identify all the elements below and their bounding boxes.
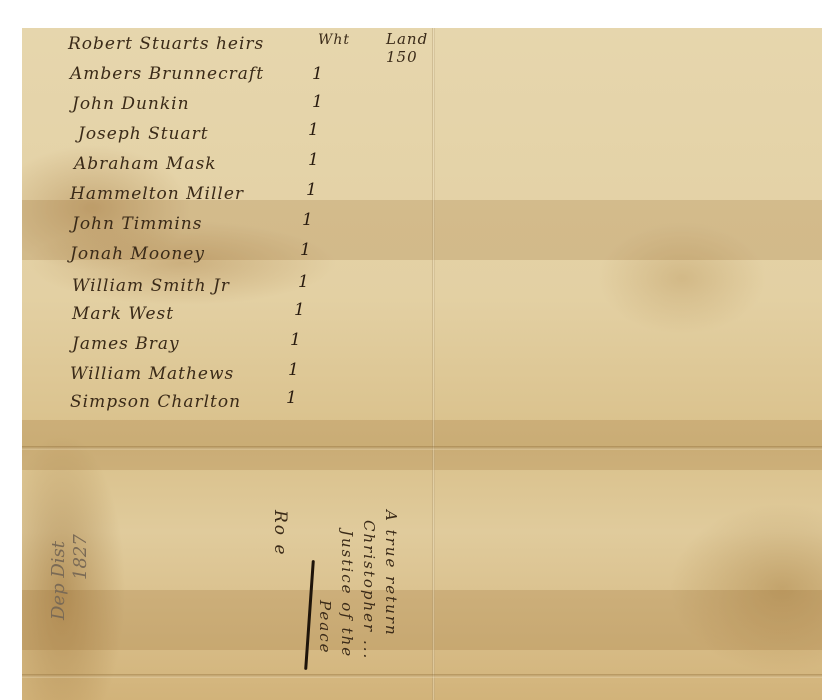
certification-line: Christopher ... (360, 520, 378, 660)
pencil-note-year: 1827 (70, 534, 91, 580)
signature-mark: Ro e (270, 510, 290, 557)
entry-name: Robert Stuarts heirs (68, 34, 264, 54)
pencil-note-dep-dist: Dep Dist (48, 541, 69, 620)
horizontal-fold (22, 446, 822, 450)
entry-name: Simpson Charlton (70, 392, 241, 412)
entry-count: 1 (302, 210, 313, 230)
entry-name: Hammelton Miller (70, 184, 244, 204)
entry-name: John Dunkin (72, 94, 190, 114)
horizontal-fold (22, 674, 822, 678)
entry-count: 1 (308, 120, 319, 140)
stain-band (22, 590, 822, 650)
entry-count: 1 (298, 272, 309, 292)
entry-count: 1 (312, 92, 323, 112)
certification-line: Peace (316, 600, 334, 655)
column-label-wht: Wht (318, 32, 350, 48)
entry-count: 1 (286, 388, 297, 408)
certification-line: Justice of the (338, 530, 356, 658)
entry-count: 1 (306, 180, 317, 200)
entry-count: 1 (290, 330, 301, 350)
certification-line: A true return (382, 510, 400, 637)
entry-name: John Timmins (72, 214, 202, 234)
stain-band (22, 420, 822, 470)
entry-name: Ambers Brunnecraft (70, 64, 264, 84)
vertical-fold (432, 28, 435, 700)
land-value: 150 (386, 48, 418, 66)
entry-count: 1 (312, 64, 323, 84)
entry-count: 1 (300, 240, 311, 260)
entry-count: 1 (288, 360, 299, 380)
entry-count: 1 (294, 300, 305, 320)
entry-name: William Mathews (70, 364, 234, 384)
entry-name: Mark West (72, 304, 174, 324)
entry-count: 1 (308, 150, 319, 170)
entry-name: Abraham Mask (74, 154, 217, 174)
entry-name: William Smith Jr (72, 276, 230, 296)
entry-name: Joseph Stuart (78, 124, 209, 144)
column-label-land: Land (386, 30, 428, 48)
entry-name: Jonah Mooney (70, 244, 205, 264)
entry-name: James Bray (72, 334, 180, 354)
